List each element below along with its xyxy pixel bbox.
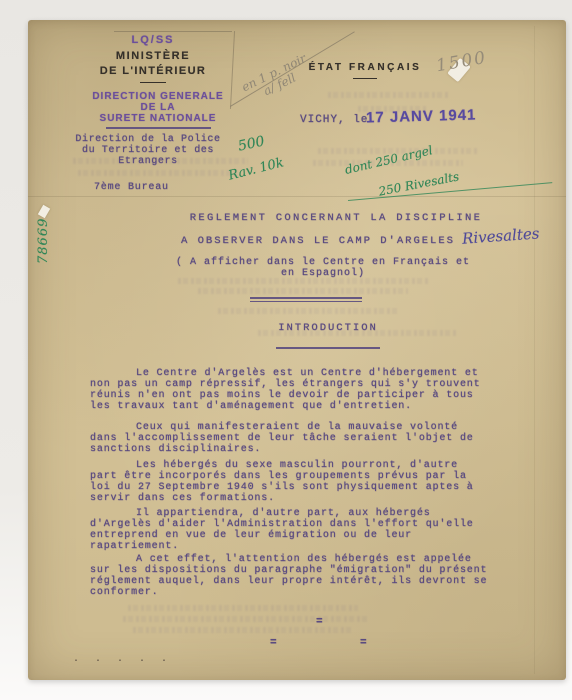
date-stamp: 17 JANV 1941	[366, 107, 477, 127]
paragraph-4: Il appartiendra, d'autre part, aux héber…	[90, 508, 490, 552]
document-title-line1: REGLEMENT CONCERNANT LA DISCIPLINE	[146, 212, 526, 224]
bureau-label: 7ème Bureau	[94, 182, 169, 193]
dateline-place: VICHY, le	[300, 114, 368, 126]
paragraph-3: Les hébergés du sexe masculin pourront, …	[90, 460, 490, 504]
ministry-name-line1: MINISTÈRE	[68, 50, 238, 62]
ministry-name-line2: DE L'INTÉRIEUR	[68, 65, 238, 77]
horizontal-fold-crease	[28, 196, 566, 197]
separator-line	[250, 297, 362, 299]
subtitle-line2: en Espagnol)	[138, 268, 508, 279]
vertical-fold-crease	[534, 26, 535, 674]
direction-police-line1: Direction de la Police	[58, 134, 238, 145]
document-page: LQ/SS MINISTÈRE DE L'INTÉRIEUR DIRECTION…	[28, 20, 566, 680]
bleedthrough-text	[198, 288, 408, 294]
bleedthrough-text	[78, 170, 238, 176]
footer-dots: . . . . .	[73, 654, 172, 665]
paragraph-1: Le Centre d'Argelès est un Centre d'hébe…	[90, 368, 490, 412]
direction-generale-line1: DIRECTION GENERALE	[68, 91, 248, 102]
bleedthrough-text	[218, 308, 398, 314]
bleedthrough-text	[123, 616, 368, 622]
end-mark: =	[316, 616, 323, 628]
direction-generale-line2: DE LA	[68, 102, 248, 113]
direction-police-line3: Etrangers	[58, 156, 238, 167]
pencil-count: 1500	[435, 48, 489, 77]
subtitle-line1: ( A afficher dans le Centre en Français …	[138, 257, 508, 268]
handwritten-camp-name: Rivesaltes	[461, 224, 540, 247]
separator-line	[250, 301, 362, 302]
section-heading-underline	[276, 347, 380, 349]
green-margin-number: 78669	[36, 218, 51, 264]
direction-police-line2: du Territoire et des	[58, 145, 238, 156]
paper-chip-spot	[38, 205, 50, 219]
paragraph-5: A cet effet, l'attention des hébergés es…	[90, 554, 490, 598]
ministry-underline	[140, 82, 166, 83]
section-heading: INTRODUCTION	[218, 322, 438, 334]
document-title-line2: A OBSERVER DANS LE CAMP D'ARGELES	[128, 235, 508, 247]
bleedthrough-text	[328, 92, 448, 98]
paragraph-2: Ceux qui manifesteraient de la mauvaise …	[90, 422, 490, 455]
scan-background: LQ/SS MINISTÈRE DE L'INTÉRIEUR DIRECTION…	[0, 0, 572, 700]
pencil-bracket-line	[114, 31, 232, 32]
green-quantity-note: 500	[237, 133, 266, 154]
end-mark: =	[360, 637, 367, 649]
reference-stamp: LQ/SS	[68, 34, 238, 46]
end-mark: =	[270, 637, 277, 649]
direction-generale-underline	[106, 127, 211, 129]
state-underline	[353, 78, 377, 79]
bleedthrough-text	[128, 605, 358, 611]
direction-generale-line3: SURETE NATIONALE	[68, 113, 248, 124]
pencil-note: en 1 p. noir a/ fell	[240, 52, 314, 106]
